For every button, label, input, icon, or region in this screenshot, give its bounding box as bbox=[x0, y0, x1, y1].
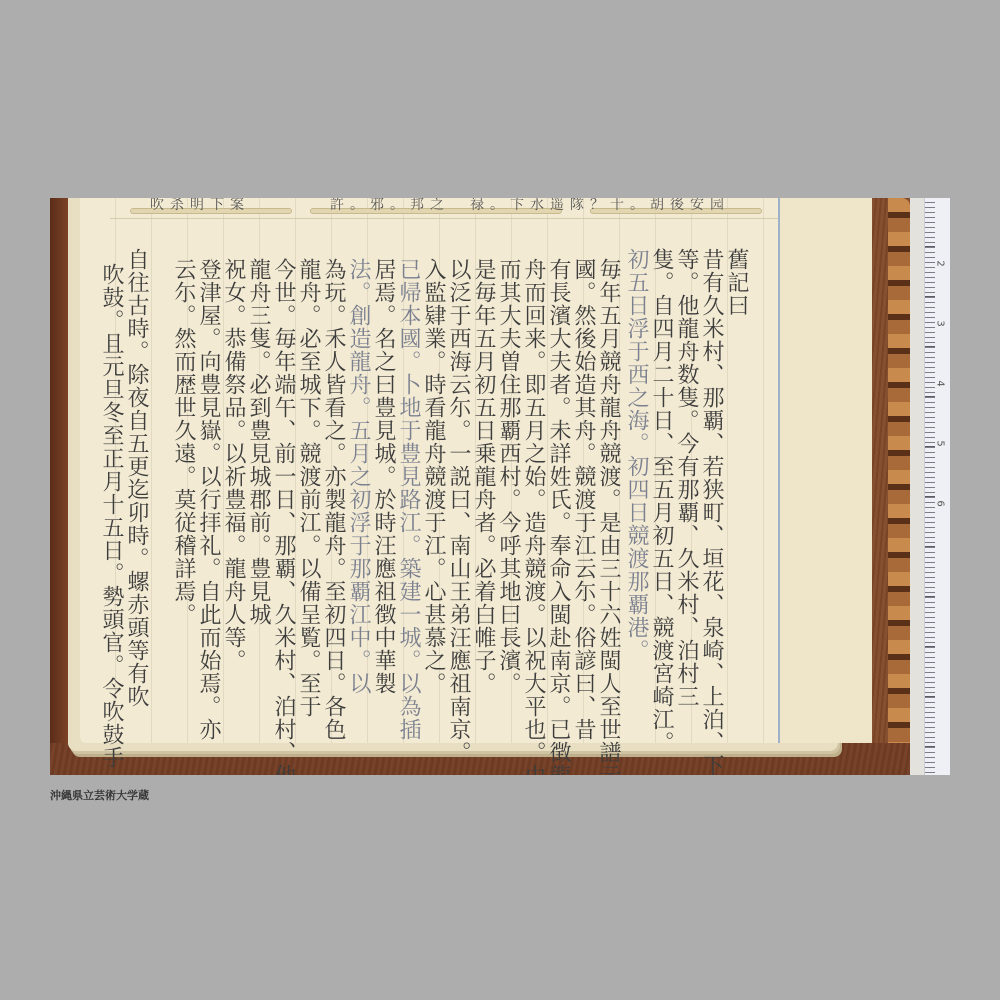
ruler-label: 5 bbox=[935, 440, 946, 446]
measurement-ruler: 2 3 4 5 6 bbox=[924, 198, 950, 775]
header-text: 禄。卞水遥隊？十。胡後安园 bbox=[470, 198, 730, 214]
manuscript-photo: 2 3 4 5 6 吹杀明下案 許。邪。邦之 禄。卞水遥隊？十。胡後安园 舊記曰… bbox=[50, 198, 950, 775]
text-column: 吹鼓。且元旦冬至正月十五日。勢頭官。令吹鼓手 bbox=[95, 263, 127, 769]
ruler-label: 2 bbox=[935, 260, 946, 266]
header-text: 吹杀明下案 bbox=[150, 198, 250, 214]
ruler-label: 3 bbox=[935, 320, 946, 326]
facing-blank-leaf bbox=[778, 198, 872, 743]
manuscript-page: 吹杀明下案 許。邪。邦之 禄。卞水遥隊？十。胡後安园 舊記曰 昔有久米村、那覇、… bbox=[80, 198, 840, 743]
header-text: 許。邪。邦之 bbox=[330, 198, 450, 214]
ruler-label: 6 bbox=[935, 500, 946, 506]
collection-caption: 沖縄県立芸術大学蔵 bbox=[50, 787, 149, 803]
ruler-label: 4 bbox=[935, 380, 946, 386]
page-header: 吹杀明下案 許。邪。邦之 禄。卞水遥隊？十。胡後安园 bbox=[110, 198, 778, 219]
ruler-ticks bbox=[925, 198, 950, 775]
text-column: 云尓。然而歴世久遠。莫従稽詳焉。 bbox=[167, 258, 199, 626]
cover-stitching bbox=[888, 198, 910, 775]
text-column: 初五日浮于西之海。初四日競渡那覇港。 bbox=[620, 248, 652, 662]
